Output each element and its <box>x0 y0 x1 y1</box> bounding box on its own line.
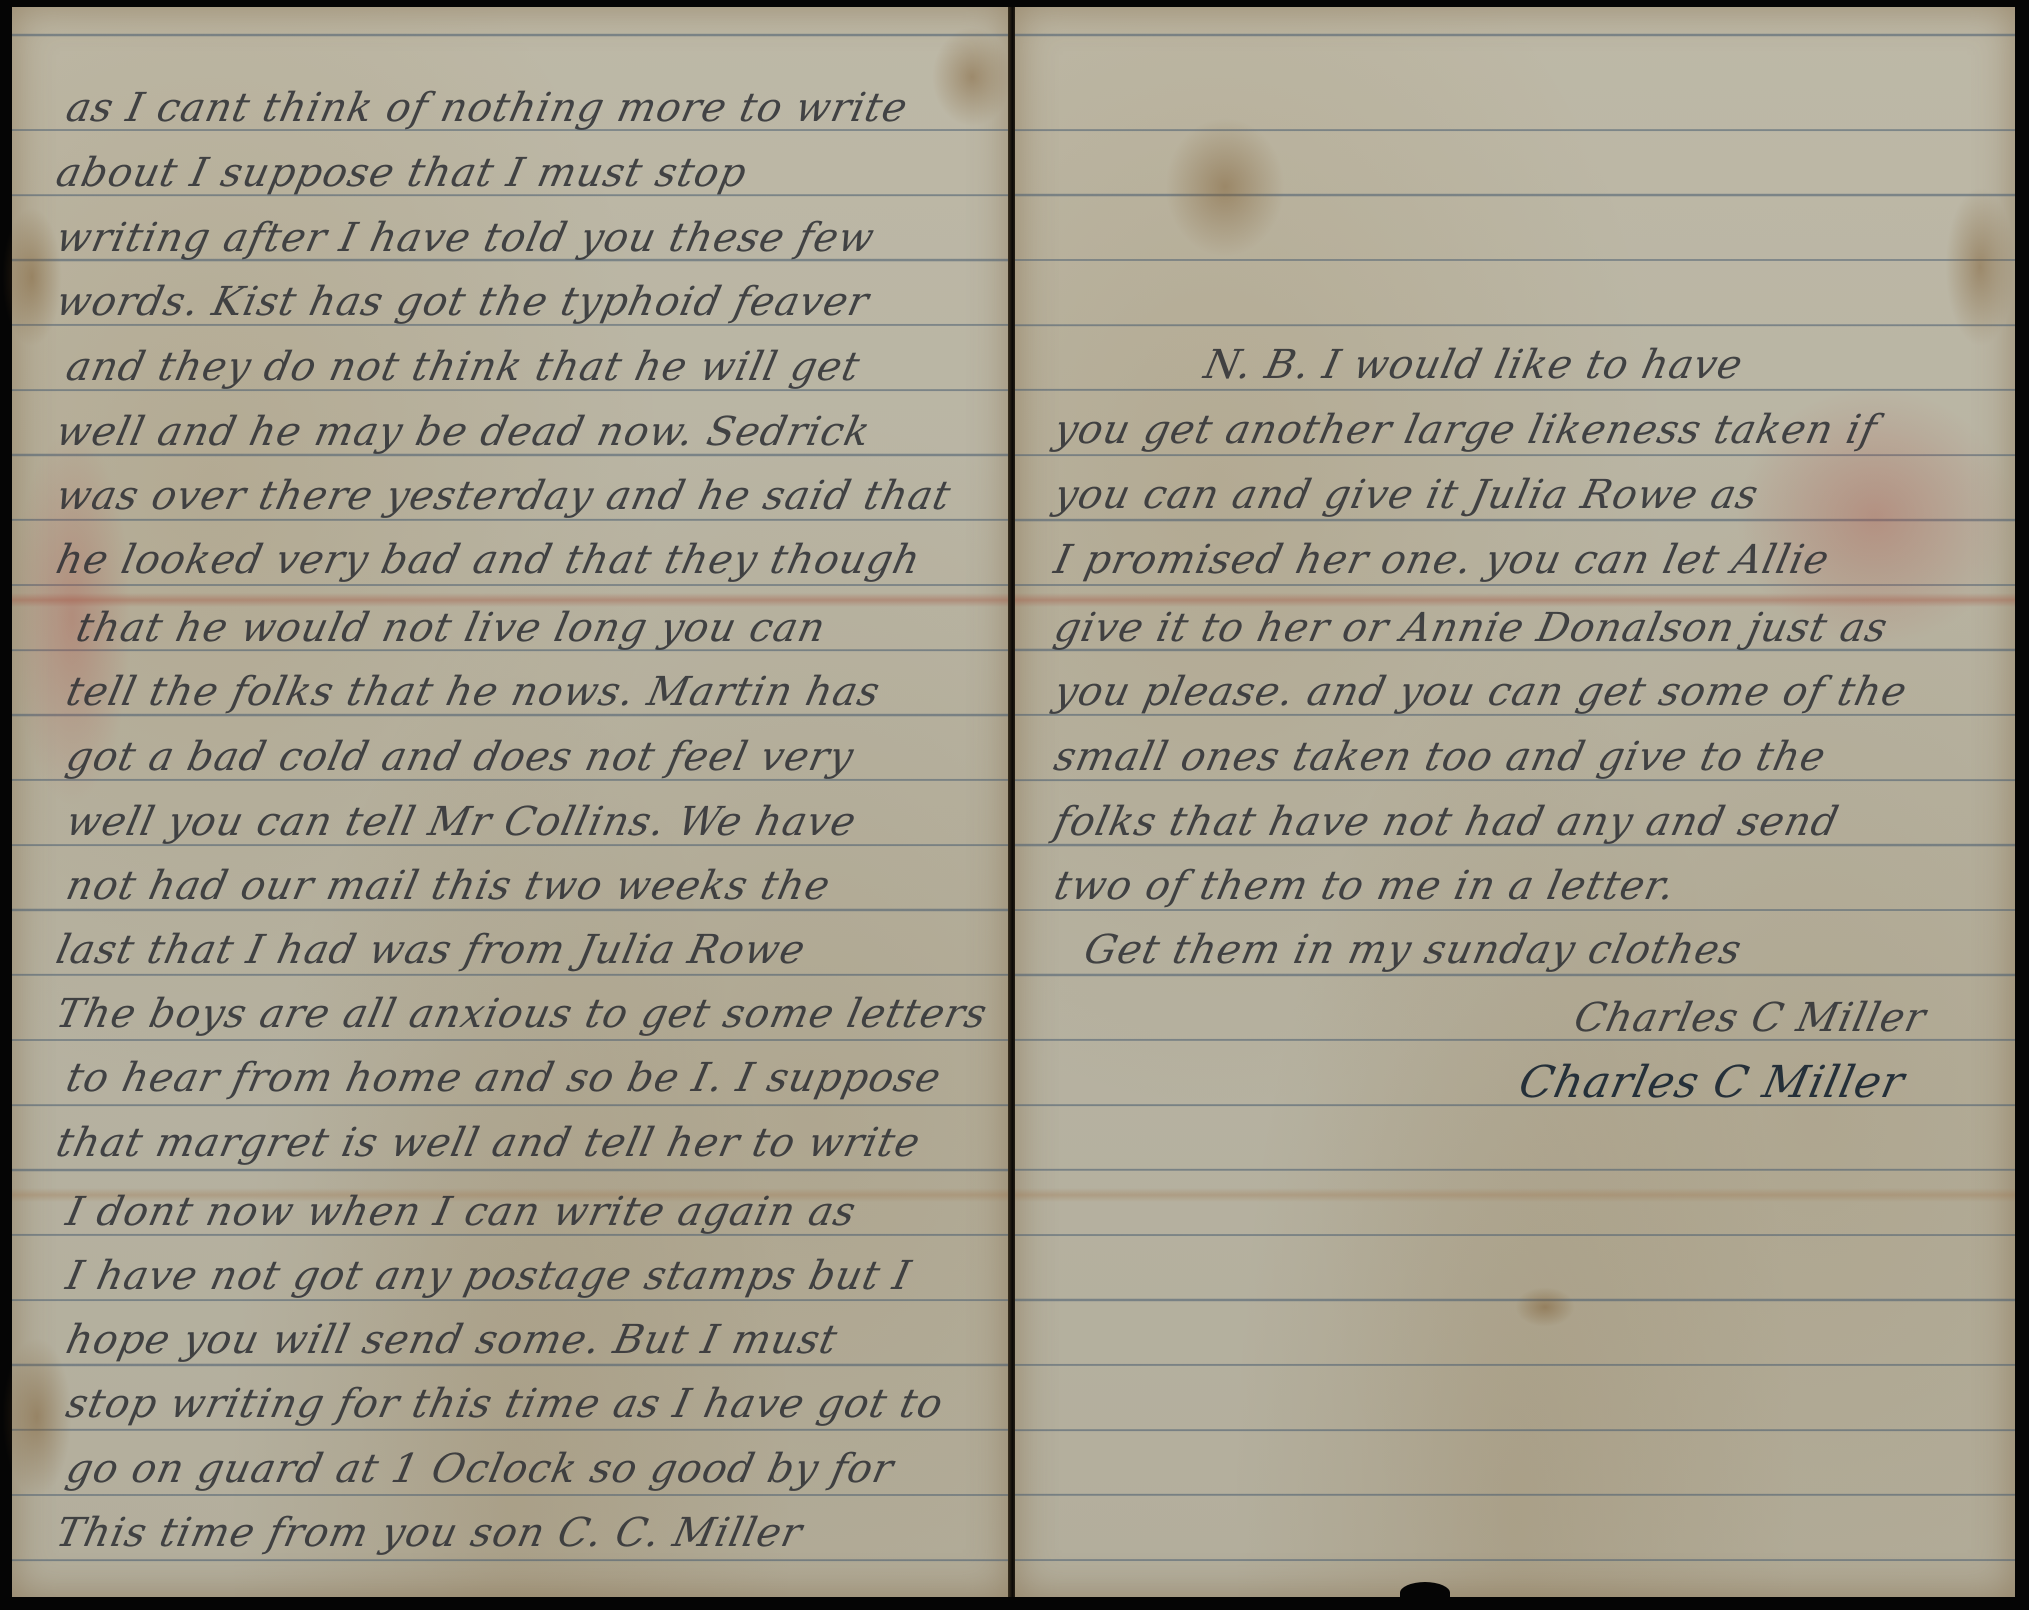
text-line: I dont now when I can write again as <box>62 1189 860 1235</box>
text-line: to hear from home and so be I. I suppose <box>62 1055 945 1101</box>
text-line: small ones taken too and give to the <box>1050 734 1830 780</box>
text-line: well you can tell Mr Collins. We have <box>62 799 861 845</box>
text-line: writing after I have told you these few <box>52 215 879 261</box>
water-stain <box>1945 187 2015 347</box>
text-line: well and he may be dead now. Sedrick <box>52 409 875 455</box>
letter-right-page: N. B. I would like to have you get anoth… <box>1015 7 2015 1597</box>
water-stain <box>932 27 1012 127</box>
letter-left-page: as I cant think of nothing more to write… <box>12 7 1010 1597</box>
text-line: got a bad cold and does not feel very <box>62 734 858 780</box>
text-line: he looked very bad and that they though <box>52 537 925 583</box>
text-line: two of them to me in a letter. <box>1050 863 1679 909</box>
text-line: tell the folks that he nows. Martin has <box>62 669 884 715</box>
text-line: Get them in my sunday clothes <box>1080 927 1746 973</box>
text-line: about I suppose that I must stop <box>52 150 751 196</box>
water-stain <box>2 207 62 347</box>
text-line: hope you will send some. But I must <box>62 1317 842 1363</box>
text-line: words. Kist has got the typhoid feaver <box>52 279 873 325</box>
text-line: that he would not live long you can <box>72 605 830 651</box>
text-line: folks that have not had any and send <box>1050 799 1843 845</box>
text-line: last that I had was from Julia Rowe <box>52 927 810 973</box>
signature-ink: Charles C Miller <box>1515 1057 1910 1108</box>
text-line: go on guard at 1 Oclock so good by for <box>62 1446 898 1492</box>
text-line: not had our mail this two weeks the <box>62 863 835 909</box>
signature-line: This time from you son C. C. Miller <box>52 1510 807 1556</box>
text-line: give it to her or Annie Donalson just as <box>1050 605 1892 651</box>
text-line: you please. and you can get some of the <box>1050 669 1911 715</box>
text-line: you can and give it Julia Rowe as <box>1050 472 1763 518</box>
water-stain <box>1165 117 1285 257</box>
text-line: that margret is well and tell her to wri… <box>52 1120 925 1166</box>
text-line: stop writing for this time as I have got… <box>62 1381 947 1427</box>
text-line: as I cant think of nothing more to write <box>62 85 912 131</box>
text-line: N. B. I would like to have <box>1200 342 1747 388</box>
text-line: was over there yesterday and he said tha… <box>52 473 955 519</box>
fold-crease <box>1015 1188 2015 1202</box>
text-line: I promised her one. you can let Allie <box>1050 537 1834 583</box>
text-line: I have not got any postage stamps but I <box>62 1253 915 1299</box>
text-line: The boys are all anxious to get some let… <box>52 991 991 1037</box>
text-line: you get another large likeness taken if <box>1050 407 1881 453</box>
water-stain <box>1515 1287 1575 1327</box>
signature-pencil: Charles C Miller <box>1570 995 1930 1041</box>
text-line: and they do not think that he will get <box>62 344 864 390</box>
paper-tear <box>1400 1582 1450 1604</box>
